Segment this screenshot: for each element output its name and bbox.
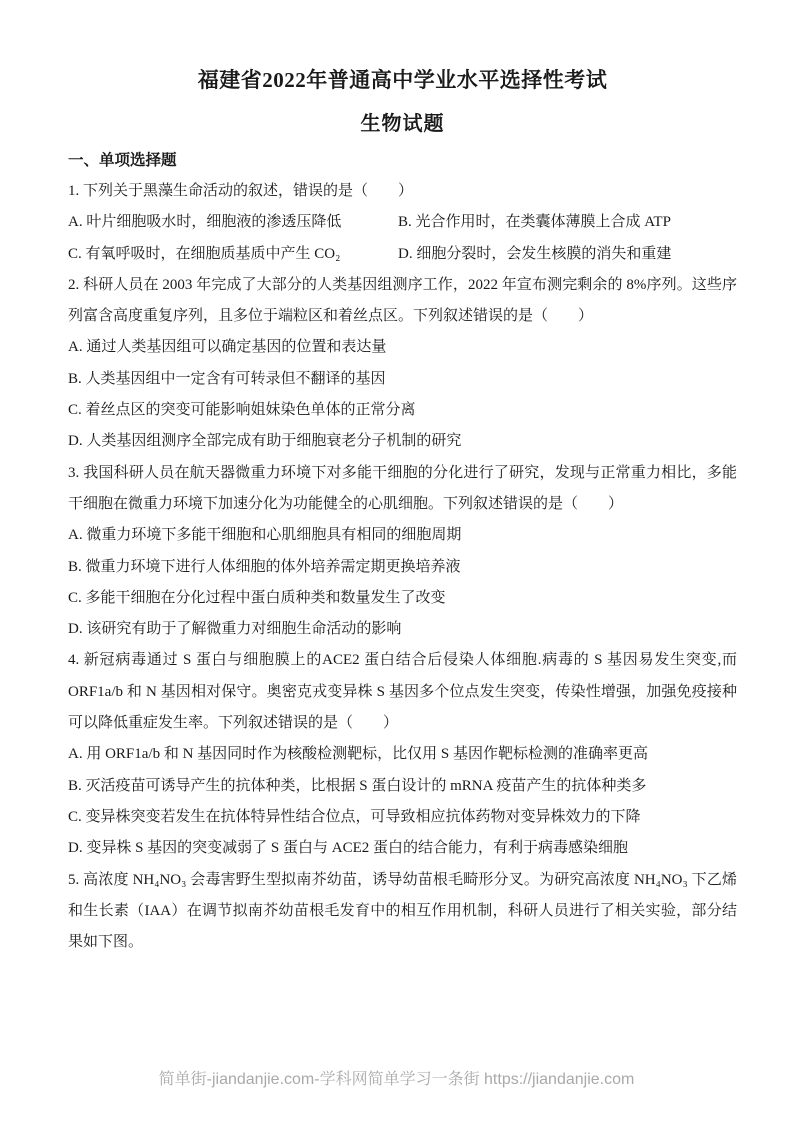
- question-2: 2. 科研人员在 2003 年完成了大部分的人类基因组测序工作，2022 年宣布…: [68, 270, 737, 458]
- footer-watermark: 简单街-jiandanjie.com-学科网简单学习一条街 https://ji…: [0, 1070, 793, 1090]
- exam-paper-page: 福建省2022年普通高中学业水平选择性考试 生物试题 一、单项选择题 1. 下列…: [0, 0, 793, 1122]
- question-2-option-d: D. 人类基因组测序全部完成有助于细胞衰老分子机制的研究: [68, 426, 737, 457]
- question-1-option-b: B. 光合作用时，在类囊体薄膜上合成 ATP: [398, 207, 737, 238]
- question-1: 1. 下列关于黑藻生命活动的叙述，错误的是（ ） A. 叶片细胞吸水时，细胞液的…: [68, 176, 737, 270]
- question-3-stem: 3. 我国科研人员在航天器微重力环境下对多能干细胞的分化进行了研究，发现与正常重…: [68, 458, 737, 521]
- question-4-option-c: C. 变异株突变若发生在抗体特异性结合位点，可导致相应抗体药物对变异株效力的下降: [68, 802, 737, 833]
- question-1-option-c: C. 有氧呼吸时，在细胞质基质中产生 CO₂: [68, 239, 398, 270]
- question-1-option-d: D. 细胞分裂时，会发生核膜的消失和重建: [398, 239, 737, 270]
- question-1-stem: 1. 下列关于黑藻生命活动的叙述，错误的是（ ）: [68, 176, 737, 207]
- question-3-option-b: B. 微重力环境下进行人体细胞的体外培养需定期更换培养液: [68, 552, 737, 583]
- question-2-option-c: C. 着丝点区的突变可能影响姐妹染色单体的正常分离: [68, 395, 737, 426]
- question-2-option-a: A. 通过人类基因组可以确定基因的位置和表达量: [68, 332, 737, 363]
- question-5-stem: 5. 高浓度 NH₄NO₃ 会毒害野生型拟南芥幼苗，诱导幼苗根毛畸形分叉。为研究…: [68, 865, 737, 959]
- question-1-option-a: A. 叶片细胞吸水时，细胞液的渗透压降低: [68, 207, 398, 238]
- question-4-option-b: B. 灭活疫苗可诱导产生的抗体种类，比根据 S 蛋白设计的 mRNA 疫苗产生的…: [68, 771, 737, 802]
- question-5: 5. 高浓度 NH₄NO₃ 会毒害野生型拟南芥幼苗，诱导幼苗根毛畸形分叉。为研究…: [68, 865, 737, 959]
- question-3-option-c: C. 多能干细胞在分化过程中蛋白质种类和数量发生了改变: [68, 583, 737, 614]
- question-4-option-d: D. 变异株 S 基因的突变减弱了 S 蛋白与 ACE2 蛋白的结合能力，有利于…: [68, 833, 737, 864]
- question-3: 3. 我国科研人员在航天器微重力环境下对多能干细胞的分化进行了研究，发现与正常重…: [68, 458, 737, 646]
- paper-subtitle: 生物试题: [68, 109, 737, 139]
- question-2-stem: 2. 科研人员在 2003 年完成了大部分的人类基因组测序工作，2022 年宣布…: [68, 270, 737, 333]
- question-4-option-a: A. 用 ORF1a/b 和 N 基因同时作为核酸检测靶标，比仅用 S 基因作靶…: [68, 739, 737, 770]
- question-2-option-b: B. 人类基因组中一定含有可转录但不翻译的基因: [68, 364, 737, 395]
- question-1-options: A. 叶片细胞吸水时，细胞液的渗透压降低 B. 光合作用时，在类囊体薄膜上合成 …: [68, 207, 737, 270]
- question-3-option-a: A. 微重力环境下多能干细胞和心肌细胞具有相同的细胞周期: [68, 520, 737, 551]
- question-4: 4. 新冠病毒通过 S 蛋白与细胞膜上的ACE2 蛋白结合后侵染人体细胞.病毒的…: [68, 645, 737, 864]
- question-3-option-d: D. 该研究有助于了解微重力对细胞生命活动的影响: [68, 614, 737, 645]
- section-heading: 一、单项选择题: [68, 150, 737, 172]
- paper-title: 福建省2022年普通高中学业水平选择性考试: [68, 64, 737, 96]
- question-4-stem: 4. 新冠病毒通过 S 蛋白与细胞膜上的ACE2 蛋白结合后侵染人体细胞.病毒的…: [68, 645, 737, 739]
- questions-body: 1. 下列关于黑藻生命活动的叙述，错误的是（ ） A. 叶片细胞吸水时，细胞液的…: [68, 176, 737, 958]
